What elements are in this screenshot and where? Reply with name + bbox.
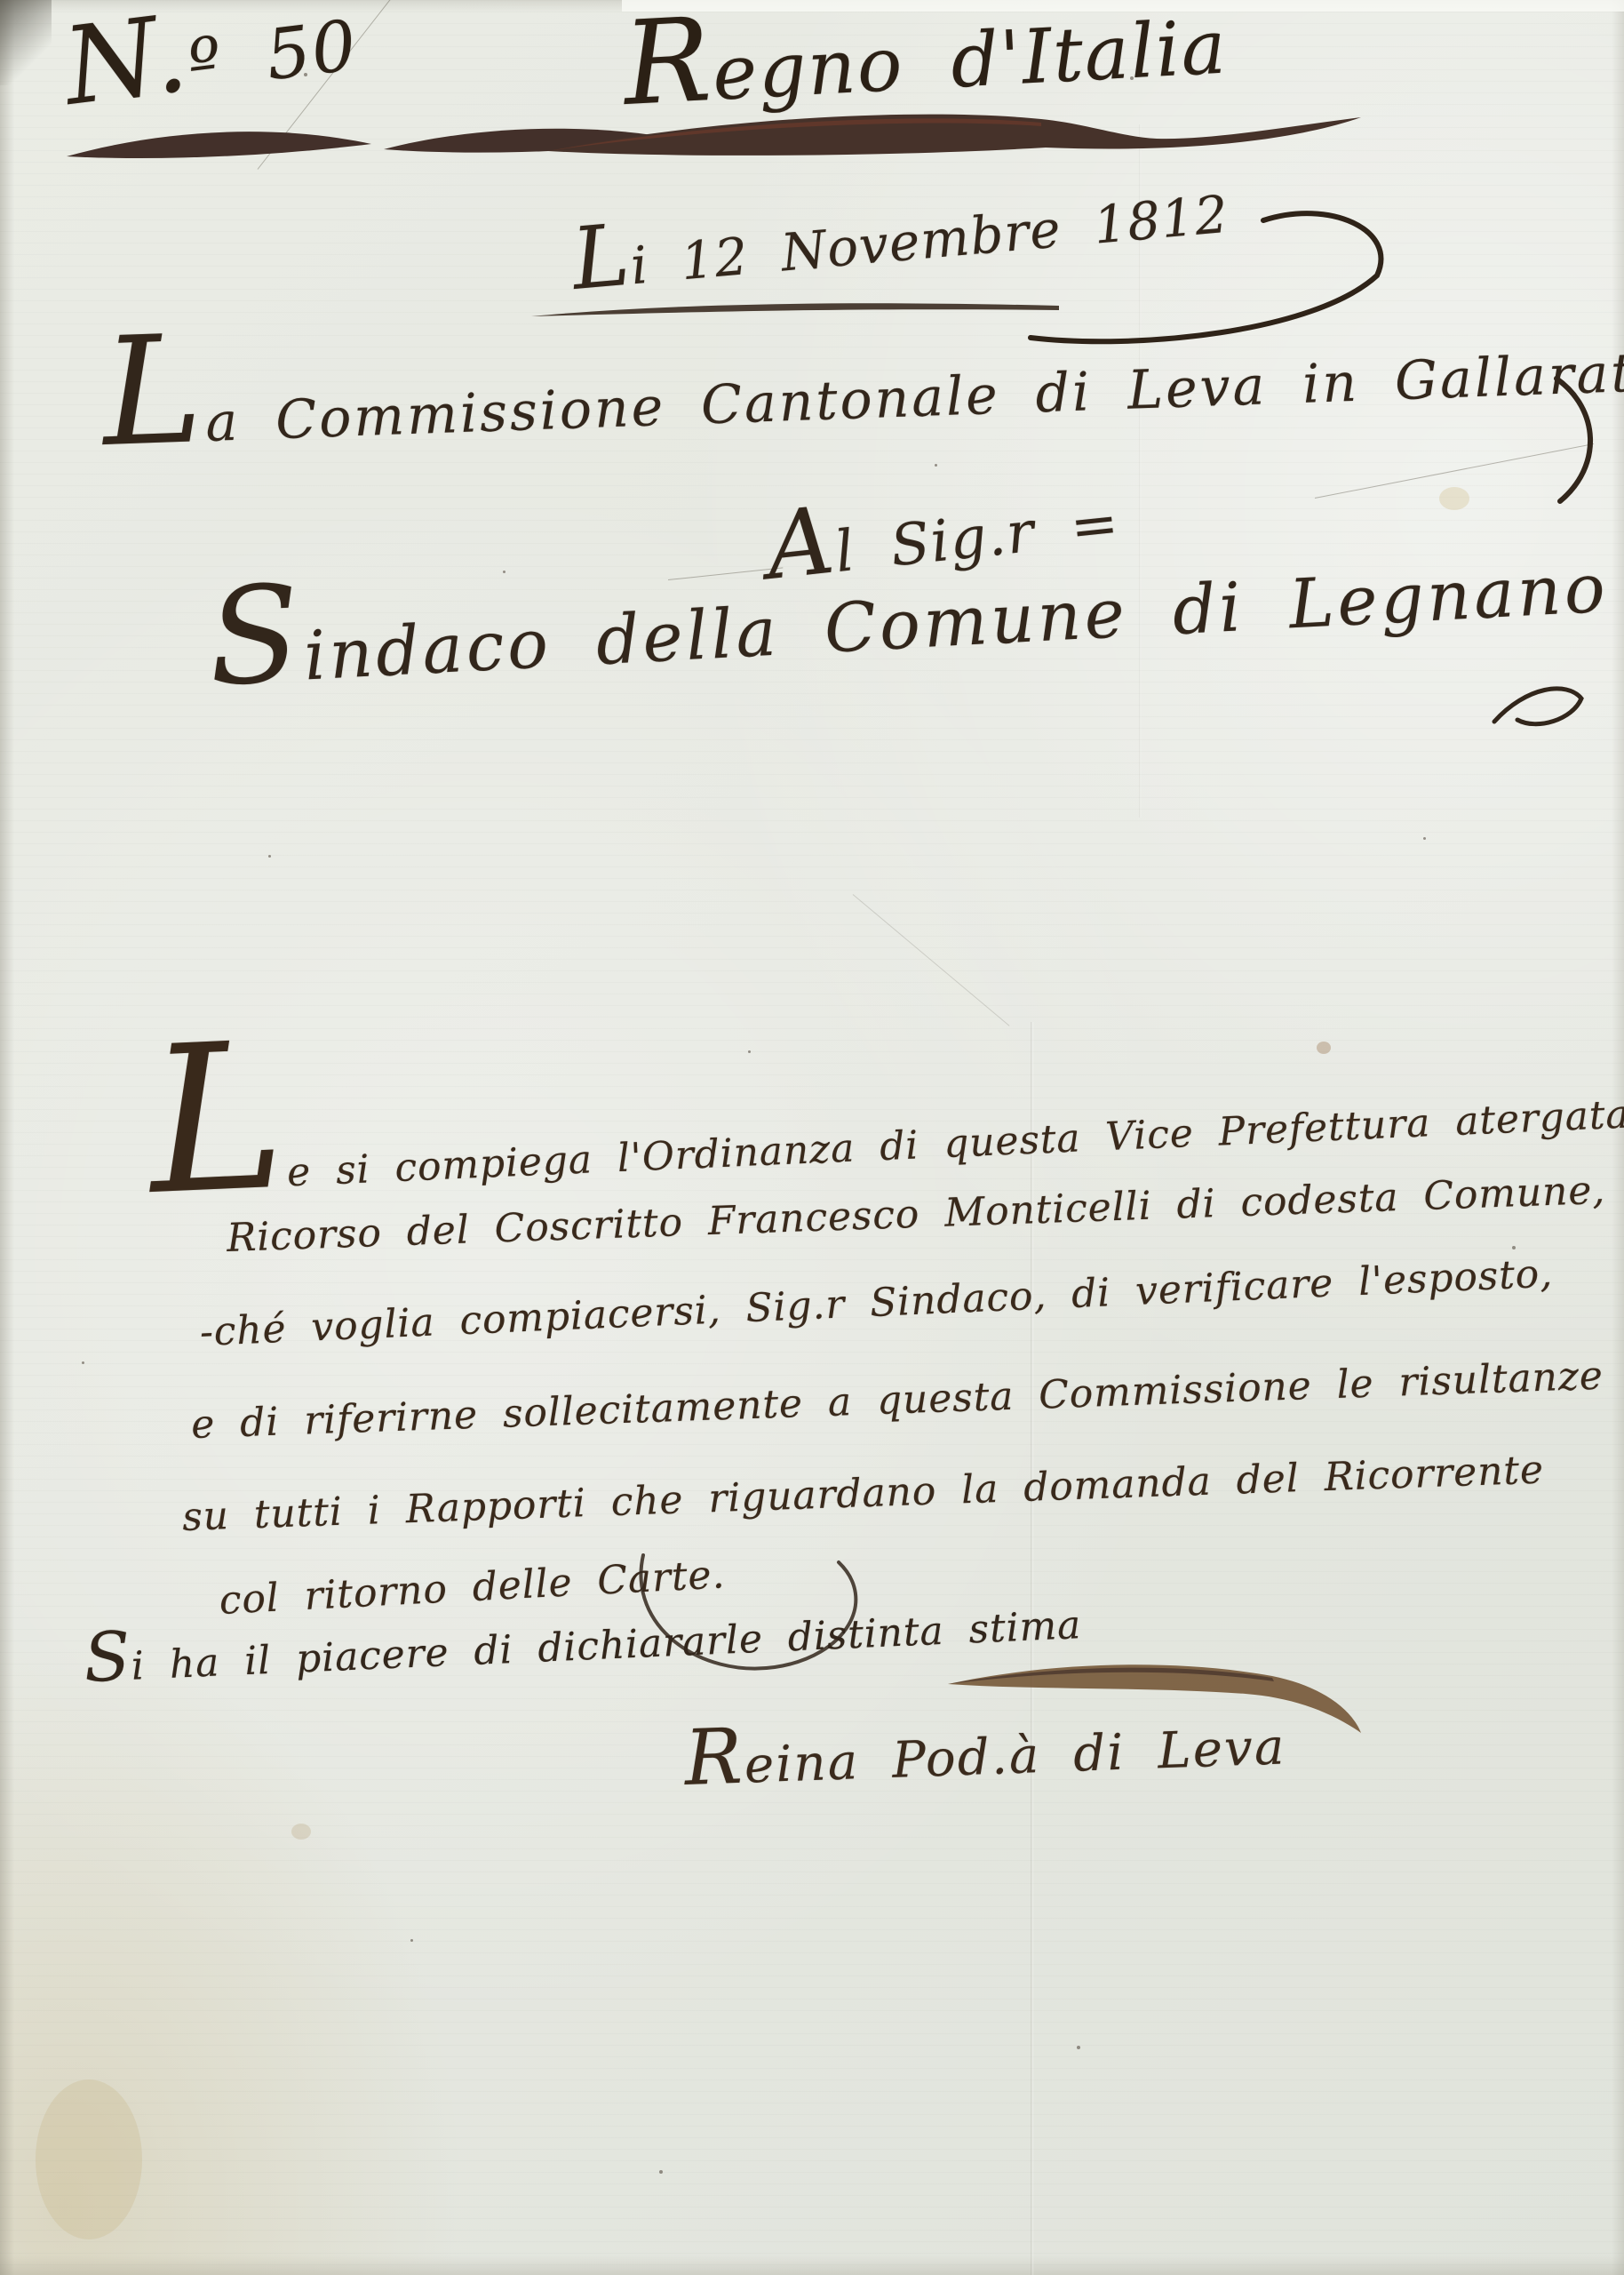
date-loop-flourish [1022, 197, 1413, 357]
document-number: N.º 50 [62, 11, 361, 116]
body-line: su tutti i Rapporti che riguardano la do… [181, 1451, 1544, 1537]
page-corner-shadow [0, 0, 52, 85]
closing-swash-flourish [943, 1644, 1388, 1751]
recipient-end-flourish [1491, 668, 1588, 748]
body-line: -ché voglia compiacersi, Sig.r Sindaco, … [199, 1255, 1554, 1353]
stray-hairline-stroke [668, 567, 783, 580]
carte-loop-flourish [622, 1548, 897, 1690]
body-line: e di riferirne sollecitamente a questa C… [190, 1357, 1604, 1445]
header-underline-flourish [544, 100, 1370, 171]
paper-stain [1317, 1042, 1331, 1054]
sender-end-flourish [1548, 373, 1610, 507]
paper-stain [1439, 487, 1469, 510]
paper-stain [36, 2079, 142, 2239]
stray-hairline-stroke [853, 894, 1010, 1026]
date-underline-flourish [529, 293, 1063, 331]
manuscript-page: N.º 50 Regno d'Italia Li 12 Novembre 181… [0, 0, 1624, 2275]
paper-stain [291, 1824, 311, 1840]
salutation-line: Al Sig.r = [765, 495, 1122, 588]
